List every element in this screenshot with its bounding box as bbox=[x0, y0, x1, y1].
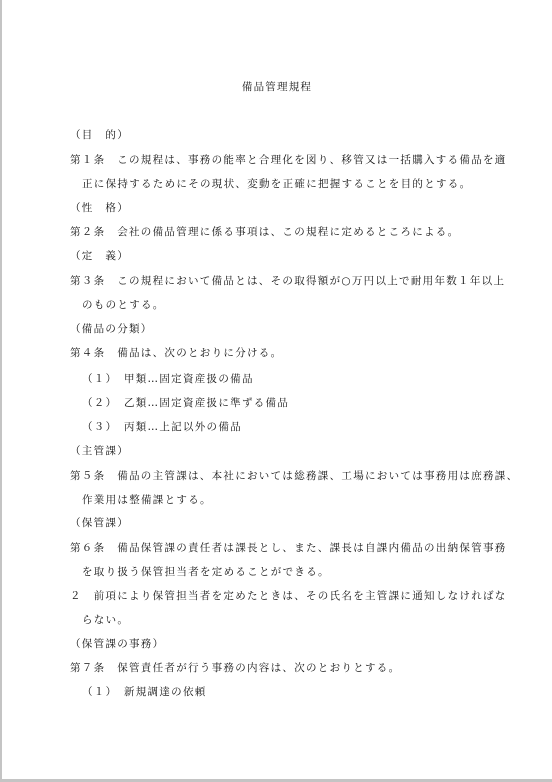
heading-purpose: （目 的） bbox=[70, 128, 129, 142]
article-7-item-1: （１） 新規調達の依頼 bbox=[82, 685, 207, 699]
article-1-line-1: 第１条 この規程は、事務の能率と合理化を図り、移管又は一括購入する備品を適 bbox=[70, 153, 507, 167]
article-3-line-2: のものとする。 bbox=[82, 298, 165, 312]
heading-classification: （備品の分類） bbox=[70, 322, 153, 336]
article-6-line-1: 第６条 備品保管課の責任者は課長とし、また、課長は自課内備品の出納保管事務 bbox=[70, 541, 507, 555]
article-6-para-2-line-2: らない。 bbox=[82, 613, 129, 627]
heading-custody-section: （保管課） bbox=[70, 516, 129, 530]
article-5-line-1: 第５条 備品の主管課は、本社においては総務課、工場においては事務用は庶務課、 bbox=[70, 469, 518, 483]
article-6-line-2: を取り扱う保管担当者を定めることができる。 bbox=[82, 565, 330, 579]
heading-custody-duties: （保管課の事務） bbox=[70, 637, 164, 651]
article-4-item-3: （３） 丙類…上記以外の備品 bbox=[82, 420, 242, 434]
heading-nature: （性 格） bbox=[70, 201, 129, 215]
document-title: 備品管理規程 bbox=[2, 80, 552, 94]
article-7-line-1: 第７条 保管責任者が行う事務の内容は、次のとおりとする。 bbox=[70, 661, 400, 675]
document-page: 備品管理規程 （目 的） 第１条 この規程は、事務の能率と合理化を図り、移管又は… bbox=[0, 0, 552, 782]
article-1-line-2: 正に保持するためにその現状、変動を正確に把握することを目的とする。 bbox=[82, 177, 471, 191]
article-6-para-2-line-1: ２ 前項により保管担当者を定めたときは、その氏名を主管課に通知しなければな bbox=[70, 589, 507, 603]
article-4-item-1: （１） 甲類…固定資産扱の備品 bbox=[82, 372, 254, 386]
article-4-item-2: （２） 乙類…固定資産扱に準ずる備品 bbox=[82, 396, 289, 410]
heading-managing-section: （主管課） bbox=[70, 444, 129, 458]
article-5-line-2: 作業用は整備課とする。 bbox=[82, 493, 212, 507]
heading-definition: （定 義） bbox=[70, 249, 129, 263]
article-3-line-1: 第３条 この規程において備品とは、その取得額が○万円以上で耐用年数１年以上 bbox=[70, 274, 505, 288]
article-4-line-1: 第４条 備品は、次のとおりに分ける。 bbox=[70, 346, 282, 360]
article-2-line-1: 第２条 会社の備品管理に係る事項は、この規程に定めるところによる。 bbox=[70, 225, 459, 239]
